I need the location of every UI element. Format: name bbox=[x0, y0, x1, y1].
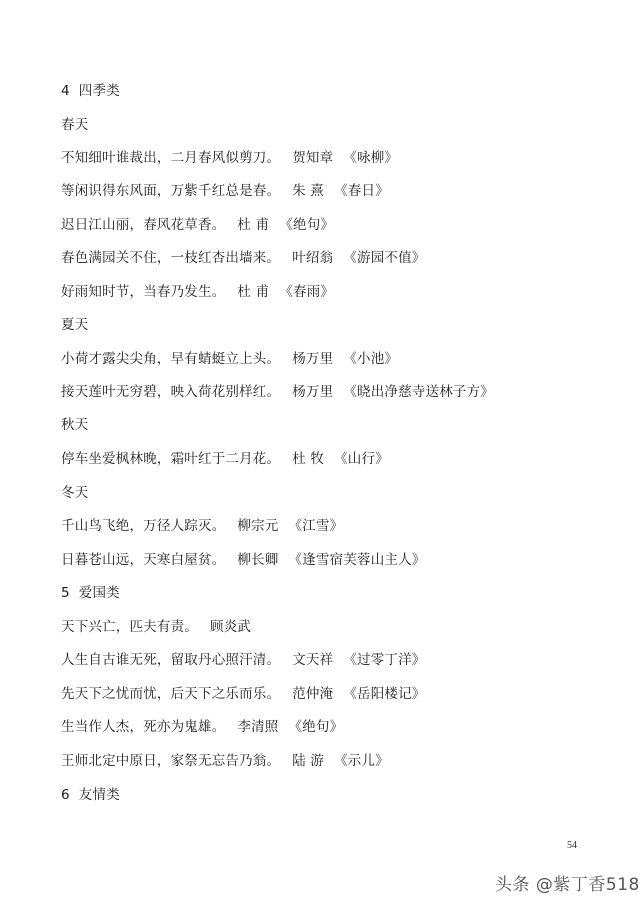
quote-text: 好雨知时节，当春乃发生。 bbox=[61, 284, 225, 300]
quote-author: 顾炎武 bbox=[210, 619, 251, 635]
quote-work: 《咏柳》 bbox=[343, 150, 398, 166]
section-heading-friendship: 6 友情类 bbox=[61, 786, 120, 804]
watermark: 头条 @紫丁香518 bbox=[495, 870, 640, 895]
quote-author: 杜 牧 bbox=[292, 451, 324, 467]
quote-work: 《岳阳楼记》 bbox=[343, 686, 425, 702]
heading-text: 6 友情类 bbox=[61, 787, 120, 803]
quote-text: 王师北定中原日，家祭无忘告乃翁。 bbox=[61, 753, 280, 769]
quote-line: 等闲识得东风面，万紫千红总是春。朱 熹《春日》 bbox=[61, 182, 389, 200]
quote-line: 小荷才露尖尖角，早有蜻蜓立上头。杨万里《小池》 bbox=[61, 350, 398, 368]
subheading-text: 秋天 bbox=[61, 417, 88, 433]
quote-work: 《山行》 bbox=[334, 451, 389, 467]
quote-work: 《绝句》 bbox=[279, 217, 334, 233]
subheading-winter: 冬天 bbox=[61, 484, 88, 502]
heading-text: 4 四季类 bbox=[61, 83, 120, 99]
subheading-autumn: 秋天 bbox=[61, 416, 88, 434]
quote-work: 《春日》 bbox=[334, 183, 389, 199]
subheading-spring: 春天 bbox=[61, 116, 88, 134]
quote-text: 千山鸟飞绝，万径人踪灭。 bbox=[61, 518, 225, 534]
document-page: 4 四季类 春天 不知细叶谁裁出，二月春风似剪刀。贺知章《咏柳》 等闲识得东风面… bbox=[0, 0, 640, 905]
quote-text: 迟日江山丽，春风花草香。 bbox=[61, 217, 225, 233]
quote-line: 天下兴亡，匹夫有责。顾炎武 bbox=[61, 618, 251, 636]
quote-text: 春色满园关不住，一枝红杏出墙来。 bbox=[61, 250, 280, 266]
quote-author: 杨万里 bbox=[292, 351, 333, 367]
quote-line: 好雨知时节，当春乃发生。杜 甫《春雨》 bbox=[61, 283, 334, 301]
quote-text: 先天下之忧而忧，后天下之乐而乐。 bbox=[61, 686, 280, 702]
quote-line: 生当作人杰，死亦为鬼雄。李清照《绝句》 bbox=[61, 718, 343, 736]
quote-text: 接天莲叶无穷碧，映入荷花别样红。 bbox=[61, 384, 280, 400]
quote-line: 千山鸟飞绝，万径人踪灭。柳宗元《江雪》 bbox=[61, 517, 343, 535]
quote-author: 柳宗元 bbox=[237, 518, 278, 534]
quote-author: 柳长卿 bbox=[237, 552, 278, 568]
quote-author: 文天祥 bbox=[292, 652, 333, 668]
quote-work: 《晓出净慈寺送林子方》 bbox=[343, 384, 494, 400]
quote-line: 日暮苍山远，天寒白屋贫。柳长卿《逢雪宿芙蓉山主人》 bbox=[61, 551, 426, 569]
quote-author: 朱 熹 bbox=[292, 183, 324, 199]
quote-text: 日暮苍山远，天寒白屋贫。 bbox=[61, 552, 225, 568]
quote-author: 贺知章 bbox=[292, 150, 333, 166]
heading-text: 5 爱国类 bbox=[61, 585, 120, 601]
quote-work: 《春雨》 bbox=[279, 284, 334, 300]
subheading-summer: 夏天 bbox=[61, 316, 88, 334]
quote-line: 人生自古谁无死，留取丹心照汗清。文天祥《过零丁洋》 bbox=[61, 651, 426, 669]
subheading-text: 春天 bbox=[61, 117, 88, 133]
quote-text: 等闲识得东风面，万紫千红总是春。 bbox=[61, 183, 280, 199]
quote-text: 人生自古谁无死，留取丹心照汗清。 bbox=[61, 652, 280, 668]
quote-author: 杨万里 bbox=[292, 384, 333, 400]
quote-author: 叶绍翁 bbox=[292, 250, 333, 266]
quote-work: 《逢雪宿芙蓉山主人》 bbox=[289, 552, 426, 568]
quote-author: 陆 游 bbox=[292, 753, 324, 769]
quote-work: 《绝句》 bbox=[289, 719, 344, 735]
quote-author: 杜 甫 bbox=[237, 284, 269, 300]
quote-author: 李清照 bbox=[237, 719, 278, 735]
quote-work: 《过零丁洋》 bbox=[343, 652, 425, 668]
subheading-text: 冬天 bbox=[61, 485, 88, 501]
quote-line: 不知细叶谁裁出，二月春风似剪刀。贺知章《咏柳》 bbox=[61, 149, 398, 167]
quote-line: 迟日江山丽，春风花草香。杜 甫《绝句》 bbox=[61, 216, 334, 234]
quote-text: 停车坐爱枫林晚，霜叶红于二月花。 bbox=[61, 451, 280, 467]
quote-line: 春色满园关不住，一枝红杏出墙来。叶绍翁《游园不值》 bbox=[61, 249, 426, 267]
quote-line: 停车坐爱枫林晚，霜叶红于二月花。杜 牧《山行》 bbox=[61, 450, 389, 468]
quote-text: 不知细叶谁裁出，二月春风似剪刀。 bbox=[61, 150, 280, 166]
quote-work: 《示儿》 bbox=[334, 753, 389, 769]
quote-work: 《江雪》 bbox=[289, 518, 344, 534]
page-number: 54 bbox=[567, 840, 577, 851]
quote-author: 杜 甫 bbox=[237, 217, 269, 233]
section-heading-patriotism: 5 爱国类 bbox=[61, 584, 120, 602]
quote-work: 《小池》 bbox=[343, 351, 398, 367]
subheading-text: 夏天 bbox=[61, 317, 88, 333]
quote-text: 天下兴亡，匹夫有责。 bbox=[61, 619, 198, 635]
quote-author: 范仲淹 bbox=[292, 686, 333, 702]
quote-line: 先天下之忧而忧，后天下之乐而乐。范仲淹《岳阳楼记》 bbox=[61, 685, 426, 703]
quote-text: 小荷才露尖尖角，早有蜻蜓立上头。 bbox=[61, 351, 280, 367]
quote-work: 《游园不值》 bbox=[343, 250, 425, 266]
quote-line: 接天莲叶无穷碧，映入荷花别样红。杨万里《晓出净慈寺送林子方》 bbox=[61, 383, 494, 401]
quote-line: 王师北定中原日，家祭无忘告乃翁。陆 游《示儿》 bbox=[61, 752, 389, 770]
quote-text: 生当作人杰，死亦为鬼雄。 bbox=[61, 719, 225, 735]
section-heading-seasons: 4 四季类 bbox=[61, 82, 120, 100]
